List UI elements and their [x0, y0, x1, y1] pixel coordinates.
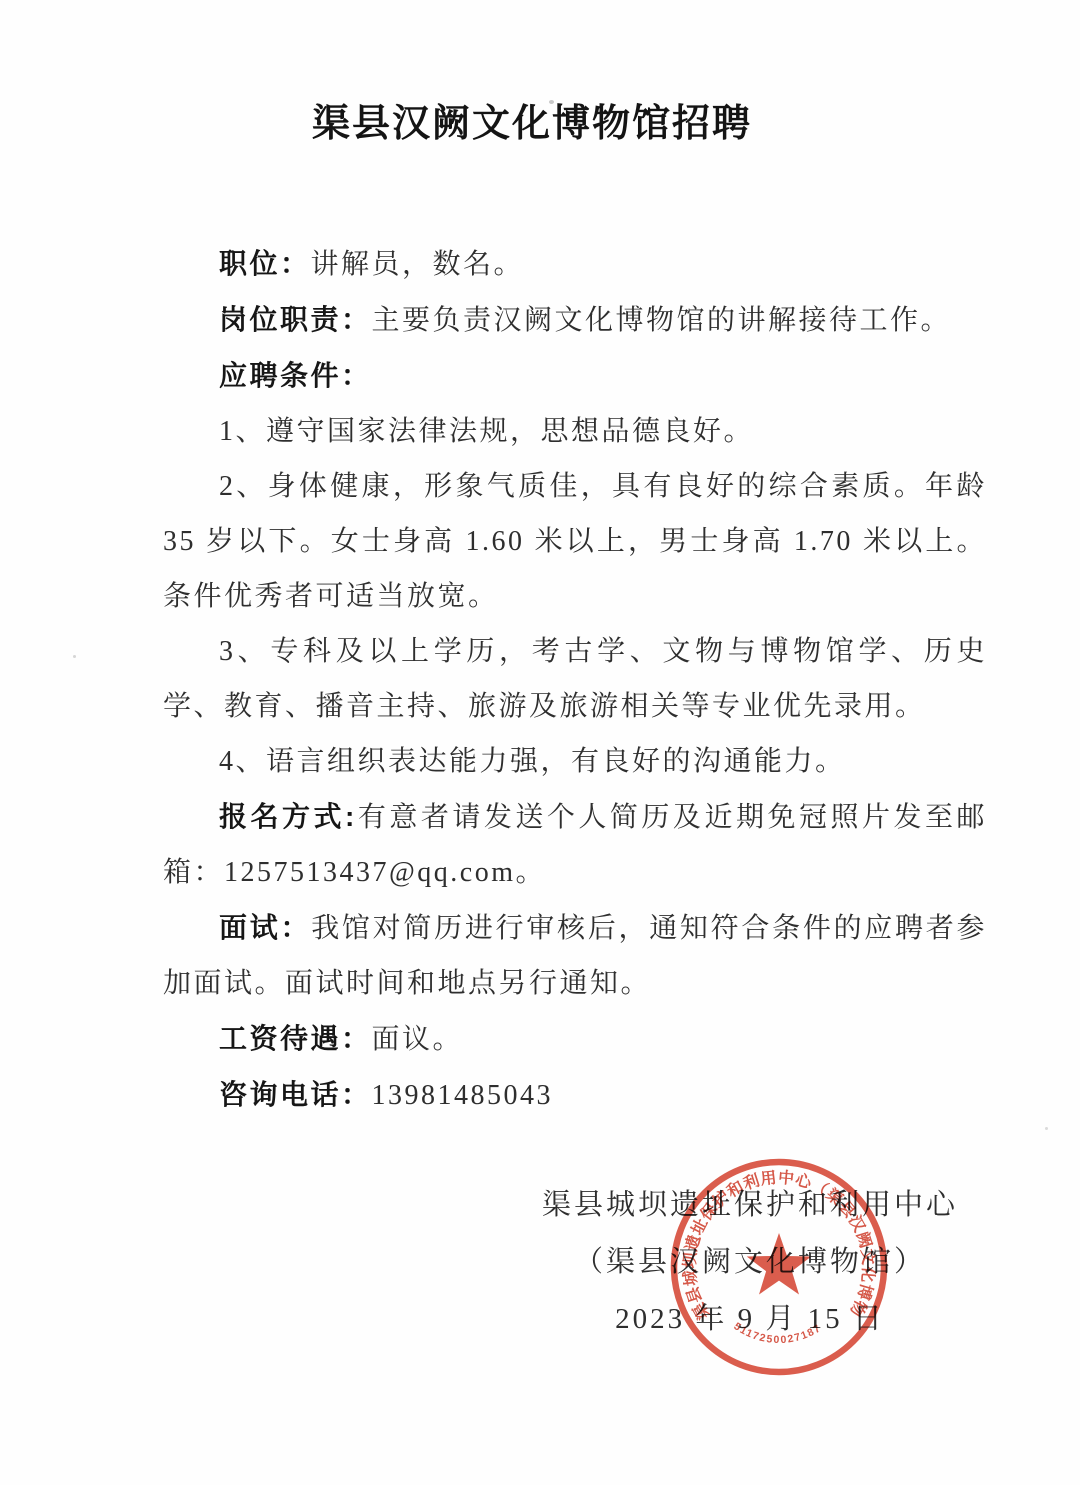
paragraph-duties: 岗位职责：主要负责汉阙文化博物馆的讲解接待工作。: [163, 292, 987, 348]
scan-speck: [1045, 1127, 1048, 1130]
requirement-item-2-text: 2、身体健康，形象气质佳，具有良好的综合素质。年龄 35 岁以下。女士身高 1.…: [163, 471, 987, 612]
signature-organization: 渠县城坝遗址保护和利用中心: [470, 1177, 1030, 1234]
requirement-item-1-text: 1、遵守国家法律法规，思想品德良好。: [219, 416, 754, 447]
requirement-item-3-text: 3、专科及以上学历，考古学、文物与博物馆学、历史学、教育、播音主持、旅游及旅游相…: [163, 636, 987, 722]
interview-label: 面试：: [219, 912, 311, 943]
paragraph-contact-phone: 咨询电话：13981485043: [163, 1067, 987, 1123]
scan-speck: [549, 100, 554, 104]
application-method-label: 报名方式:: [219, 801, 357, 832]
requirement-item-3: 3、专科及以上学历，考古学、文物与博物馆学、历史学、教育、播音主持、旅游及旅游相…: [163, 624, 987, 734]
requirement-item-1: 1、遵守国家法律法规，思想品德良好。: [163, 404, 987, 459]
paragraph-requirements-heading: 应聘条件：: [163, 348, 987, 404]
requirement-item-2: 2、身体健康，形象气质佳，具有良好的综合素质。年龄 35 岁以下。女士身高 1.…: [163, 459, 987, 624]
signature-date: 2023 年 9 月 15 日: [470, 1291, 1030, 1348]
paragraph-duties-label: 岗位职责：: [219, 304, 372, 335]
contact-phone-label: 咨询电话：: [219, 1079, 372, 1110]
paragraph-position-label: 职位：: [219, 248, 311, 279]
paragraph-position: 职位：讲解员，数名。: [163, 236, 987, 292]
paragraph-salary: 工资待遇：面议。: [163, 1011, 987, 1067]
salary-label: 工资待遇：: [219, 1023, 372, 1054]
scan-speck: [73, 655, 76, 658]
requirement-item-4: 4、语言组织表达能力强，有良好的沟通能力。: [163, 734, 987, 789]
paragraph-application-method: 报名方式:有意者请发送个人简历及近期免冠照片发至邮箱：1257513437@qq…: [163, 789, 987, 900]
paragraph-position-text: 讲解员，数名。: [311, 249, 525, 280]
signature-block: 渠县城坝遗址保护和利用中心 （渠县汉阙文化博物馆） 2023 年 9 月 15 …: [470, 1177, 1030, 1348]
paragraph-duties-text: 主要负责汉阙文化博物馆的讲解接待工作。: [372, 305, 952, 336]
signature-organization-alt: （渠县汉阙文化博物馆）: [470, 1234, 1030, 1291]
requirements-heading-label: 应聘条件：: [219, 360, 372, 391]
paragraph-interview: 面试：我馆对简历进行审核后，通知符合条件的应聘者参加面试。面试时间和地点另行通知…: [163, 900, 987, 1011]
document-title: 渠县汉阙文化博物馆招聘: [0, 0, 1072, 152]
requirement-item-4-text: 4、语言组织表达能力强，有良好的沟通能力。: [219, 746, 846, 777]
contact-phone-number: 13981485043: [372, 1080, 554, 1111]
document-body: 职位：讲解员，数名。 岗位职责：主要负责汉阙文化博物馆的讲解接待工作。 应聘条件…: [163, 236, 987, 1123]
scanned-document-page: 渠县汉阙文化博物馆招聘 职位：讲解员，数名。 岗位职责：主要负责汉阙文化博物馆的…: [0, 0, 1080, 1485]
salary-text: 面议。: [372, 1024, 464, 1055]
